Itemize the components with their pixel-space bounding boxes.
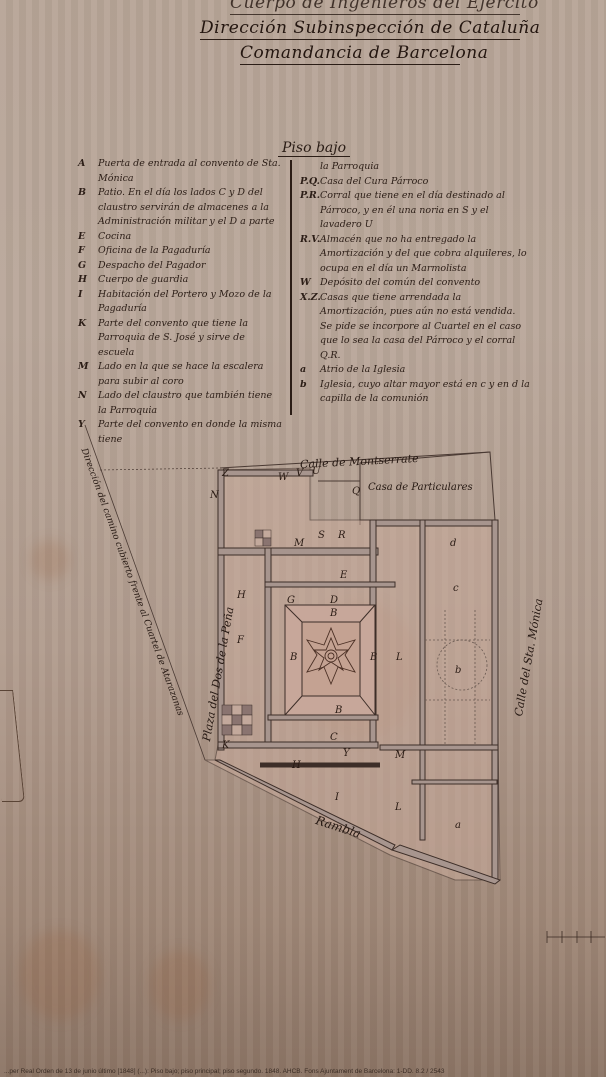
header-line-2: Dirección Subinspección de Cataluña (200, 17, 520, 40)
legend-title: Piso bajo (278, 140, 350, 157)
room-label: Z (222, 468, 229, 479)
room-label: G (287, 595, 295, 606)
legend-item: X.Z.Casas que tiene arrendada la Amortiz… (300, 291, 530, 364)
room-label: N (210, 490, 219, 501)
room-label: L (396, 652, 403, 663)
room-label: B (290, 652, 297, 663)
legend-divider (290, 160, 292, 415)
legend-item: GDespacho del Pagador (78, 259, 283, 274)
room-label: Y (343, 748, 350, 759)
room-label: L (395, 802, 402, 813)
room-label: K (222, 740, 229, 751)
floor-plan: Calle de Montserrate Casa de Particulare… (0, 420, 606, 920)
room-label: W (278, 472, 288, 483)
legend-item: FOficina de la Pagaduría (78, 244, 283, 259)
legend-right-column: la Parroquia P.Q.Casa del Cura Párroco P… (300, 160, 530, 407)
archive-caption: ...per Real Orden de 13 de junio último … (0, 1068, 606, 1075)
legend-item: la Parroquia (300, 160, 530, 175)
room-label: M (294, 538, 304, 549)
legend-item: aAtrio de la Iglesia (300, 363, 530, 378)
floor-plan-drawing (0, 420, 606, 920)
room-label: C (330, 732, 338, 743)
room-label: V (296, 468, 303, 479)
legend-item: bIglesia, cuyo altar mayor está en c y e… (300, 378, 530, 407)
room-label: B (330, 608, 337, 619)
room-label: F (237, 635, 244, 646)
room-label: I (335, 792, 339, 803)
room-label: R (338, 530, 346, 541)
header-line-3: Comandancia de Barcelona (240, 42, 460, 65)
legend-item: BPatio. En el día los lados C y D del cl… (78, 186, 283, 230)
legend-item: WDepósito del común del convento (300, 276, 530, 291)
legend-item: APuerta de entrada al convento de Sta. M… (78, 157, 283, 186)
legend-item: KParte del convento que tiene la Parroqu… (78, 317, 283, 361)
room-label: c (453, 583, 459, 594)
stain (150, 950, 210, 1020)
legend-item: ECocina (78, 230, 283, 245)
legend-item: HCuerpo de guardia (78, 273, 283, 288)
stain (20, 930, 100, 1020)
room-label: a (455, 820, 461, 831)
room-label: b (455, 665, 461, 676)
room-label: S (318, 530, 325, 541)
scale-bar (545, 925, 605, 945)
room-label: H (292, 760, 301, 771)
document-header: Cuerpo de Ingenieros del Ejército Direcc… (230, 0, 520, 67)
room-label: U (312, 466, 320, 477)
legend-item: R.V.Almacén que no ha entregado la Amort… (300, 233, 530, 277)
header-line-1: Cuerpo de Ingenieros del Ejército (230, 0, 520, 15)
legend-item: IHabitación del Portero y Mozo de la Pag… (78, 288, 283, 317)
room-label: B (335, 705, 342, 716)
legend-item: P.Q.Casa del Cura Párroco (300, 175, 530, 190)
room-label: H (237, 590, 246, 601)
room-label: E (340, 570, 347, 581)
legend-item: P.R.Corral que tiene en el día destinado… (300, 189, 530, 233)
neighbor-label: Casa de Particulares (368, 482, 473, 493)
room-label: D (330, 595, 338, 606)
room-label: B (370, 652, 377, 663)
legend-item: MLado en la que se hace la escalera para… (78, 360, 283, 389)
legend-left-column: APuerta de entrada al convento de Sta. M… (78, 157, 283, 447)
room-label: Q (352, 486, 360, 497)
legend-item: NLado del claustro que también tiene la … (78, 389, 283, 418)
room-label: d (450, 538, 456, 549)
room-label: M (395, 750, 405, 761)
